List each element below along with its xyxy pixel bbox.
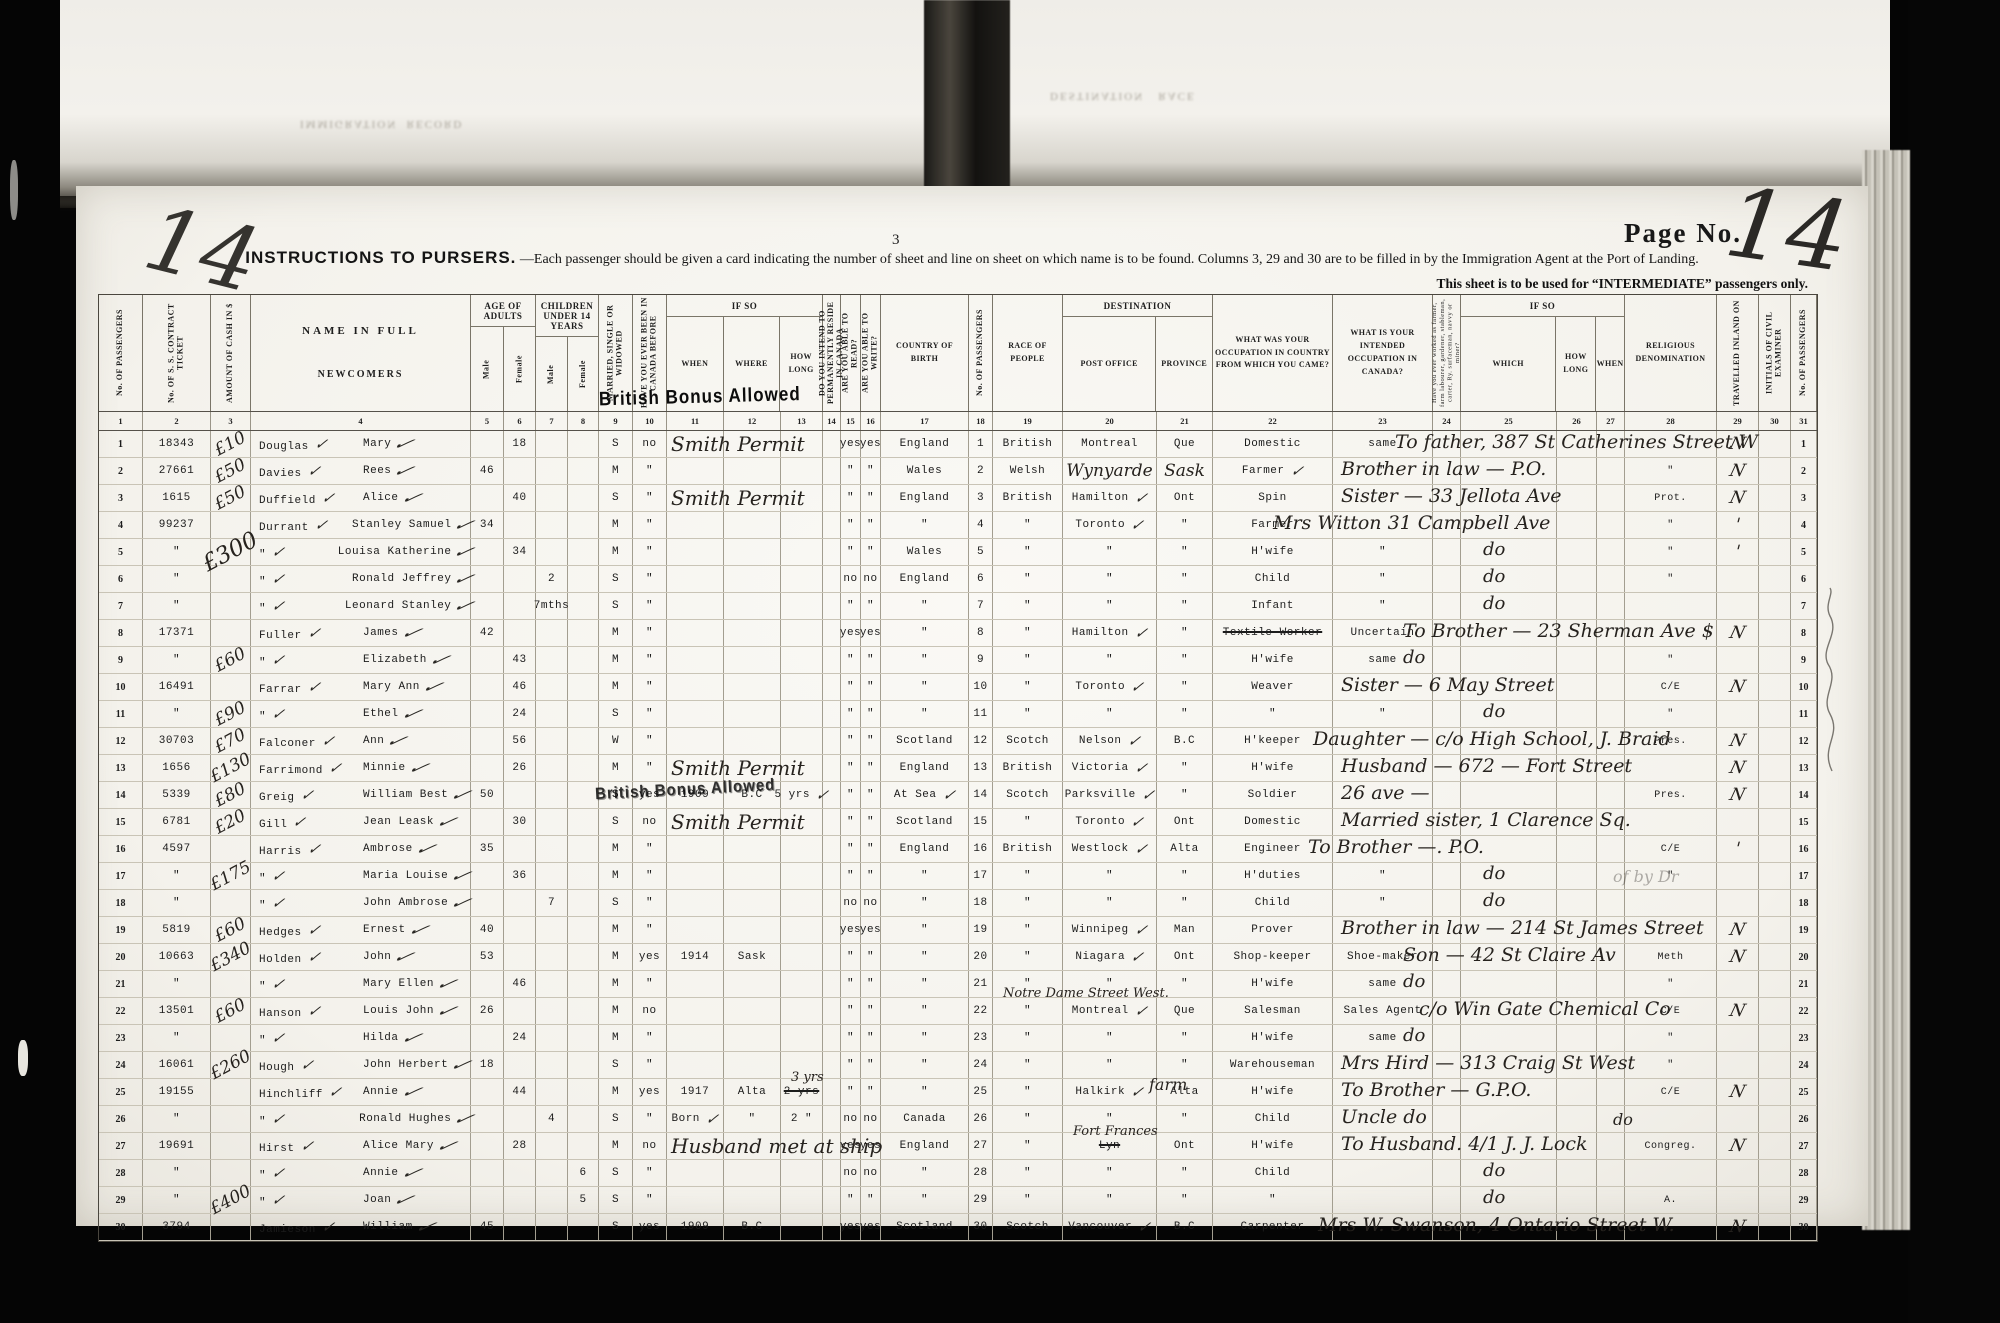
cell-which [1461, 944, 1557, 970]
cell-which [1461, 1106, 1557, 1132]
cell-when1 [667, 863, 724, 889]
cell-no2: 17 [969, 863, 993, 889]
cell-when2 [1597, 836, 1625, 862]
cell-marr: M [599, 620, 633, 646]
cell-which [1461, 998, 1557, 1024]
cell-when2 [1597, 782, 1625, 808]
cell-occ_was: " [1213, 1187, 1333, 1213]
cell-no2: 13 [969, 755, 993, 781]
column-header-label: RELIGIOUS DENOMINATION [1625, 295, 1716, 411]
cell-race: " [993, 1052, 1063, 1078]
cell-age_m [471, 674, 504, 700]
cell-where1: Sask [724, 944, 781, 970]
cell-age_f: 36 [504, 863, 536, 889]
cell-occ_was: H'wife [1213, 755, 1333, 781]
column-header-20: POST OFFICE [1063, 317, 1156, 411]
cell-intend [823, 593, 841, 619]
cell-race: " [993, 1079, 1063, 1105]
scanned-manifest-page: { "page": { "page_no_label": "Page No.",… [0, 0, 2000, 1323]
cell-when1 [667, 674, 724, 700]
cell-prov: Ont [1157, 809, 1213, 835]
cell-ch_m: 7 [536, 890, 568, 916]
cell-no: 10 [99, 674, 143, 700]
cell-age_f [504, 458, 536, 484]
cell-race: " [993, 620, 1063, 646]
page-stack-edge [1862, 150, 1910, 1230]
passenger-row-27: 2719691Hirst✓Alice Mary✓28MnoHusband met… [99, 1133, 1817, 1160]
cell-write: no [861, 566, 881, 592]
cell-ticket: 16491 [143, 674, 211, 700]
cell-read: " [841, 647, 861, 673]
cell-where1: B.C [724, 1214, 781, 1240]
table-body: 118343£10Douglas✓Mary✓18SnoSmith Permity… [99, 431, 1817, 1241]
cell-init [1759, 755, 1791, 781]
cell-no: 12 [99, 728, 143, 754]
cell-long2 [1557, 431, 1597, 457]
cell-name: Hedges✓Ernest✓ [251, 917, 471, 943]
cell-age_f: 46 [504, 971, 536, 997]
cell-age_f [504, 566, 536, 592]
cell-worked [1433, 971, 1461, 997]
cell-prov: Que [1157, 998, 1213, 1024]
cell-intend [823, 863, 841, 889]
cell-intend [823, 566, 841, 592]
cell-ch_f [568, 512, 599, 538]
cell-age_m [471, 701, 504, 727]
cell-country: " [881, 593, 969, 619]
cell-read: " [841, 863, 861, 889]
cell-trav [1717, 1025, 1759, 1051]
cell-no2: 16 [969, 836, 993, 862]
cell-write: " [861, 1052, 881, 1078]
column-header-24: Have you ever worked as farmer, farm lab… [1433, 295, 1461, 411]
cell-trav: N [1717, 755, 1759, 781]
cell-write: no [861, 1106, 881, 1132]
cell-country: " [881, 512, 969, 538]
column-number: 7 [536, 412, 568, 430]
cell-marr: M [599, 458, 633, 484]
column-header-18: No. OF PASSENGERS [969, 295, 993, 411]
column-header-label: COUNTRY OF BIRTH [881, 295, 968, 411]
cell-intend [823, 755, 841, 781]
cell-read: " [841, 728, 861, 754]
cell-no2: 22 [969, 998, 993, 1024]
header-group-label: IF SO [667, 295, 822, 317]
cell-marr: M [599, 1025, 633, 1051]
cell-no3: 21 [1791, 971, 1817, 997]
cell-no2: 10 [969, 674, 993, 700]
cell-race: Scotch [993, 728, 1063, 754]
column-header-3: AMOUNT OF CASH IN $ [211, 295, 251, 411]
cell-name: "✓Leonard Stanley✓ [251, 593, 471, 619]
cell-long1 [781, 971, 823, 997]
cell-long2 [1557, 728, 1597, 754]
cell-relig: " [1625, 701, 1717, 727]
cell-age_m [471, 431, 504, 457]
cell-long2 [1557, 944, 1597, 970]
cell-init [1759, 620, 1791, 646]
cell-when2 [1597, 431, 1625, 457]
cell-where1 [724, 917, 781, 943]
cell-read: no [841, 566, 861, 592]
cell-ch_f [568, 917, 599, 943]
column-header-label: INITIALS OF CIVIL EXAMINER [1759, 295, 1790, 411]
cell-prov: " [1157, 512, 1213, 538]
cell-age_f: 18 [504, 431, 536, 457]
cell-occ_was: H'wife [1213, 1133, 1333, 1159]
cell-intend [823, 782, 841, 808]
cell-write: " [861, 755, 881, 781]
cell-where1 [724, 458, 781, 484]
header-group-label: DESTINATION [1063, 295, 1212, 317]
cell-no2: 9 [969, 647, 993, 673]
cell-occ_int: Shoe-makerSon — 42 St Claire Av [1333, 944, 1433, 970]
instructions-line: INSTRUCTIONS TO PURSERS. —Each passenger… [76, 248, 1868, 268]
cell-been: " [633, 593, 667, 619]
passenger-row-3: 31615£50Duffield✓Alice✓40S"Smith Permit"… [99, 485, 1817, 512]
cell-age_m [471, 1025, 504, 1051]
cell-write: " [861, 674, 881, 700]
cell-write: " [861, 647, 881, 673]
cell-age_f [504, 1160, 536, 1186]
cell-trav: N [1717, 620, 1759, 646]
binding-tape [924, 0, 1010, 212]
cell-been: no [633, 998, 667, 1024]
cell-country: " [881, 1052, 969, 1078]
passenger-row-7: 7""✓Leonard Stanley✓7mthsS""""7"""Infant… [99, 593, 1817, 620]
cell-no3: 18 [1791, 890, 1817, 916]
cell-ch_f [568, 890, 599, 916]
cell-ch_m [536, 1133, 568, 1159]
cell-write: " [861, 971, 881, 997]
cell-ch_m [536, 1052, 568, 1078]
cell-country: " [881, 647, 969, 673]
cell-name: "✓Ronald Jeffrey✓ [251, 566, 471, 592]
cell-name: Farrimond✓Minnie✓ [251, 755, 471, 781]
cell-been: " [633, 1025, 667, 1051]
cell-marr: S [599, 1187, 633, 1213]
cell-occ_was: Farmer✓ [1213, 458, 1333, 484]
cell-which [1461, 647, 1557, 673]
cell-po: Hamilton✓ [1063, 485, 1157, 511]
cell-init [1759, 1214, 1791, 1240]
cell-trav: N [1717, 674, 1759, 700]
cell-age_f: 28 [504, 1133, 536, 1159]
cell-long1 [781, 1214, 823, 1240]
cell-ch_m [536, 971, 568, 997]
cell-init [1759, 1106, 1791, 1132]
cell-prov: Man [1157, 917, 1213, 943]
cell-read: " [841, 485, 861, 511]
cell-race: " [993, 593, 1063, 619]
cell-worked [1433, 1160, 1461, 1186]
cell-trav: N [1717, 728, 1759, 754]
cell-no: 29 [99, 1187, 143, 1213]
cell-ticket: " [143, 701, 211, 727]
cell-relig: Meth [1625, 944, 1717, 970]
cell-when2 [1597, 728, 1625, 754]
cell-country: " [881, 1160, 969, 1186]
cell-which [1461, 566, 1557, 592]
cell-ticket: " [143, 647, 211, 673]
column-header-label: No. OF PASSENGERS [1791, 295, 1816, 411]
cell-long1 [781, 647, 823, 673]
cell-country: " [881, 1079, 969, 1105]
cell-name: "✓Ronald Hughes✓ [251, 1106, 471, 1132]
cell-race: British [993, 836, 1063, 862]
cell-which [1461, 674, 1557, 700]
cell-race: " [993, 809, 1063, 835]
cell-ch_f: 6 [568, 1160, 599, 1186]
passenger-row-13: 131656£130Farrimond✓Minnie✓26M"Smith Per… [99, 755, 1817, 782]
cell-been: " [633, 890, 667, 916]
column-header-label: WHEN [1596, 317, 1624, 411]
cell-worked [1433, 566, 1461, 592]
cell-which [1461, 539, 1557, 565]
passenger-row-28: 28""✓Annie✓6S"nono"28"""Childdo28 [99, 1160, 1817, 1187]
cell-no2: 12 [969, 728, 993, 754]
cell-init [1759, 1025, 1791, 1051]
cell-trav: ' [1717, 836, 1759, 862]
cell-init [1759, 647, 1791, 673]
cell-intend [823, 674, 841, 700]
cell-po: " [1063, 1160, 1157, 1186]
cell-country: England [881, 566, 969, 592]
cell-intend [823, 944, 841, 970]
cell-been: " [633, 485, 667, 511]
cell-which [1461, 971, 1557, 997]
cell-long1 [781, 863, 823, 889]
cell-where1 [724, 1025, 781, 1051]
cell-age_f [504, 782, 536, 808]
column-header-label: No. OF S. S. CONTRACT TICKET [143, 295, 210, 411]
cell-worked [1433, 593, 1461, 619]
cell-name: Douglas✓Mary✓ [251, 431, 471, 457]
cell-no: 3 [99, 485, 143, 511]
cell-occ_int: "do [1333, 539, 1433, 565]
cell-which [1461, 809, 1557, 835]
cell-worked [1433, 728, 1461, 754]
cell-when1: 1909 [667, 1214, 724, 1240]
cell-po: " [1063, 539, 1157, 565]
cell-po: " [1063, 593, 1157, 619]
cell-where1: " [724, 1106, 781, 1132]
cell-been: " [633, 755, 667, 781]
cell-which [1461, 458, 1557, 484]
cell-relig [1625, 755, 1717, 781]
cell-ch_m [536, 917, 568, 943]
cell-ch_f [568, 944, 599, 970]
vertical-signature-squiggle [1818, 586, 1844, 776]
cell-occ_int: do [1333, 1160, 1433, 1186]
cell-which [1461, 1214, 1557, 1240]
cell-ticket: 27661 [143, 458, 211, 484]
cell-which [1461, 701, 1557, 727]
cell-no: 20 [99, 944, 143, 970]
cell-ch_f [568, 431, 599, 457]
cell-write: " [861, 458, 881, 484]
cell-age_m [471, 485, 504, 511]
cell-worked [1433, 701, 1461, 727]
sheet-number: 3 [892, 232, 900, 249]
cell-which [1461, 620, 1557, 646]
cell-long1 [781, 809, 823, 835]
cell-write: yes [861, 1214, 881, 1240]
cell-race: " [993, 1160, 1063, 1186]
cell-no2: 1 [969, 431, 993, 457]
cell-race: " [993, 674, 1063, 700]
cell-when1: 1914 [667, 944, 724, 970]
cell-worked [1433, 512, 1461, 538]
cell-ch_f [568, 1133, 599, 1159]
cell-prov: " [1157, 593, 1213, 619]
cell-name: Durrant✓Stanley Samuel✓ [251, 512, 471, 538]
cell-write: " [861, 512, 881, 538]
cell-init [1759, 1052, 1791, 1078]
cell-ticket: 5339 [143, 782, 211, 808]
cell-race: Scotch [993, 1214, 1063, 1240]
cell-where1 [724, 701, 781, 727]
cell-marr: S [599, 701, 633, 727]
cell-where1 [724, 809, 781, 835]
cell-occ_int: "doof by Dr [1333, 863, 1433, 889]
cell-trav [1717, 701, 1759, 727]
cell-no: 7 [99, 593, 143, 619]
cell-no: 21 [99, 971, 143, 997]
cell-occ_int: To Husband. 4/1 J. J. Lock [1333, 1133, 1433, 1159]
cell-no3: 6 [1791, 566, 1817, 592]
cell-country: " [881, 971, 969, 997]
column-header-label: Male [536, 337, 567, 411]
cell-no3: 9 [1791, 647, 1817, 673]
cell-occ_was: " [1213, 701, 1333, 727]
cell-no: 30 [99, 1214, 143, 1240]
cell-race: " [993, 1025, 1063, 1051]
cell-no2: 4 [969, 512, 993, 538]
cell-country: England [881, 431, 969, 457]
cell-race: Scotch [993, 782, 1063, 808]
cell-ticket: 13501 [143, 998, 211, 1024]
cell-ch_f [568, 998, 599, 1024]
cell-when2 [1597, 1133, 1625, 1159]
page-number-handwritten: 14 [1719, 166, 1856, 294]
cell-no3: 10 [1791, 674, 1817, 700]
table-header-row: No. OF PASSENGERSNo. OF S. S. CONTRACT T… [99, 295, 1817, 412]
cell-ticket: 1656 [143, 755, 211, 781]
cell-trav [1717, 593, 1759, 619]
cell-age_f: 46 [504, 674, 536, 700]
cell-long2 [1557, 755, 1597, 781]
cell-race: British [993, 485, 1063, 511]
cell-marr: S [599, 1106, 633, 1132]
cell-marr: M [599, 539, 633, 565]
cell-read: " [841, 458, 861, 484]
cell-intend [823, 1052, 841, 1078]
cell-no: 8 [99, 620, 143, 646]
cell-age_m: 46 [471, 458, 504, 484]
cell-been: no [633, 431, 667, 457]
cell-read: " [841, 998, 861, 1024]
cell-worked [1433, 998, 1461, 1024]
cell-country: Scotland [881, 728, 969, 754]
cell-relig: A. [1625, 1187, 1717, 1213]
cell-ch_m [536, 863, 568, 889]
cell-occ_int: "do [1333, 593, 1433, 619]
cell-po: " [1063, 971, 1157, 997]
cell-cash: £90 [211, 701, 251, 727]
column-number: 19 [993, 412, 1063, 430]
cell-age_m [471, 1106, 504, 1132]
cell-occ_int: Mrs W. Swanson, 4 Ontario Street W. [1333, 1214, 1433, 1240]
cell-when1 [667, 701, 724, 727]
cell-name: Jamieson✓William✓ [251, 1214, 471, 1240]
column-number: 11 [667, 412, 724, 430]
cell-worked [1433, 674, 1461, 700]
cell-no3: 16 [1791, 836, 1817, 862]
cell-trav [1717, 971, 1759, 997]
cell-long1 [781, 944, 823, 970]
cell-trav [1717, 1106, 1759, 1132]
cell-when1 [667, 728, 724, 754]
cell-trav [1717, 1052, 1759, 1078]
cell-occ_int: "Sister — 33 Jellota Ave [1333, 485, 1433, 511]
cell-cash: £50 [211, 458, 251, 484]
cell-ch_f [568, 1025, 599, 1051]
cell-trav: N [1717, 782, 1759, 808]
cell-trav [1717, 647, 1759, 673]
cell-when1: Husband met at ship [667, 1133, 724, 1159]
cell-ch_f [568, 539, 599, 565]
cell-long2 [1557, 917, 1597, 943]
cell-when1 [667, 566, 724, 592]
cell-init [1759, 566, 1791, 592]
cell-prov: " [1157, 1025, 1213, 1051]
cell-relig: Prot. [1625, 485, 1717, 511]
cell-no: 17 [99, 863, 143, 889]
cell-no3: 4 [1791, 512, 1817, 538]
cell-occ_was: Engineer [1213, 836, 1333, 862]
cell-been: yes [633, 1214, 667, 1240]
cell-no3: 22 [1791, 998, 1817, 1024]
cell-relig [1625, 1214, 1717, 1240]
column-header-label: TRAVELLED INLAND ON [1717, 295, 1758, 411]
passenger-row-9: 9"£60"✓Elizabeth✓43M""""9"""H'wifesamedo… [99, 647, 1817, 674]
cell-ch_f [568, 971, 599, 997]
cell-long2 [1557, 566, 1597, 592]
cell-age_f: 43 [504, 647, 536, 673]
cell-name: Hough✓John Herbert✓ [251, 1052, 471, 1078]
cell-init [1759, 890, 1791, 916]
cell-cash [211, 593, 251, 619]
cell-ticket: " [143, 890, 211, 916]
cell-age_f [504, 1187, 536, 1213]
cell-long2 [1557, 485, 1597, 511]
cell-no2: 29 [969, 1187, 993, 1213]
cell-ch_m [536, 1160, 568, 1186]
cell-relig: " [1625, 539, 1717, 565]
column-number: 24 [1433, 412, 1461, 430]
cell-no: 22 [99, 998, 143, 1024]
cell-ticket: " [143, 863, 211, 889]
cell-which [1461, 512, 1557, 538]
cell-ch_f [568, 809, 599, 835]
cell-marr: M [599, 1133, 633, 1159]
cell-marr: S [599, 431, 633, 457]
cell-where1 [724, 593, 781, 619]
cell-race: " [993, 1187, 1063, 1213]
cell-occ_int: "do [1333, 566, 1433, 592]
cell-occ_int: samedo [1333, 971, 1433, 997]
